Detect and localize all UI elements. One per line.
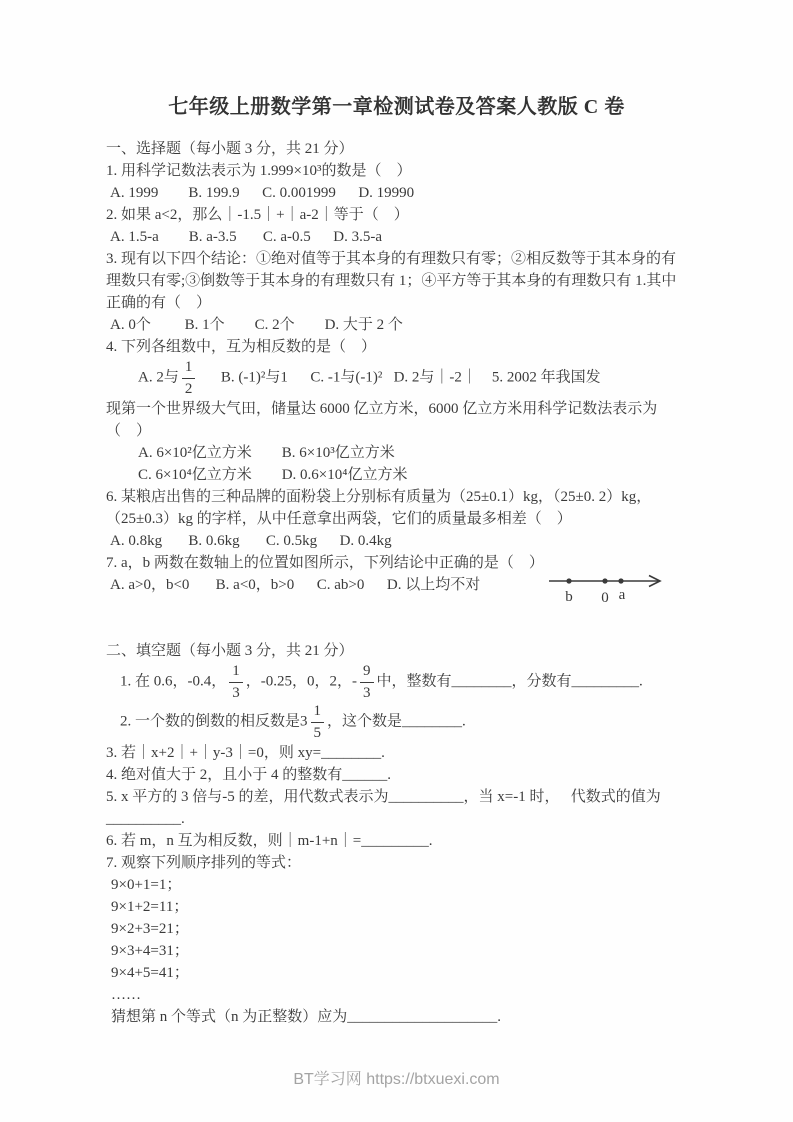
fill-q1-text-2: ，-0.25，0，2，-	[246, 673, 357, 689]
fill-q2: 2. 一个数的倒数的相反数是315，这个数是________.	[106, 702, 683, 742]
fraction-one-half: 12	[182, 359, 196, 397]
fill-q5-line1: 5. x 平方的 3 倍与-5 的差，用代数式表示为__________，当 x…	[106, 786, 683, 808]
fraction-numerator: 9	[360, 663, 374, 683]
fill-q3: 3. 若｜x+2｜+｜y-3｜=0，则 xy=________.	[106, 742, 683, 764]
fill-q6: 6. 若 m，n 互为相反数，则｜m-1+n｜=_________.	[106, 830, 683, 852]
choice-q1-stem: 1. 用科学记数法表示为 1.999×10³的数是（ ）	[106, 160, 683, 182]
equation-ellipsis: ……	[106, 984, 683, 1006]
choice-q5-options-ab: A. 6×10²亿立方米 B. 6×10³亿立方米	[106, 442, 683, 464]
choice-q6-stem: 6. 某粮店出售的三种品牌的面粉袋上分别标有质量为（25±0.1）kg，（25±…	[106, 486, 683, 530]
fill-q1: 1. 在 0.6，-0.4，13，-0.25，0，2，-93中，整数有_____…	[106, 662, 683, 702]
fill-q7-guess: 猜想第 n 个等式（n 为正整数）应为____________________.	[106, 1006, 683, 1028]
choice-q5-stem-continuation: 现第一个世界级大气田，储量达 6000 亿立方米，6000 亿立方米用科学记数法…	[106, 398, 683, 442]
fraction-denominator: 5	[311, 723, 325, 742]
choice-q7-options: A. a>0，b<0 B. a<0，b>0 C. ab>0 D. 以上均不对 b…	[106, 574, 683, 640]
page-title: 七年级上册数学第一章检测试卷及答案人教版 C 卷	[0, 0, 793, 122]
fill-q2-text-2: ，这个数是________.	[327, 713, 466, 729]
fill-q4: 4. 绝对值大于 2，且小于 4 的整数有______.	[106, 764, 683, 786]
choice-q5-options-cd: C. 6×10⁴亿立方米 D. 0.6×10⁴亿立方米	[106, 464, 683, 486]
equation-line: 9×1+2=11；	[106, 896, 683, 918]
choice-q3-options: A. 0个 B. 1个 C. 2个 D. 大于 2 个	[106, 314, 683, 336]
paper-body: 一、选择题（每小题 3 分，共 21 分） 1. 用科学记数法表示为 1.999…	[106, 138, 683, 1028]
number-line-labels: b 0 a	[565, 587, 625, 606]
choice-q2-stem: 2. 如果 a<2，那么｜-1.5｜+｜a-2｜等于（ ）	[106, 204, 683, 226]
fill-q1-text-3: 中，整数有________，分数有_________.	[377, 673, 643, 689]
fraction-numerator: 1	[311, 703, 325, 723]
fraction-one-fifth: 15	[311, 703, 325, 741]
section2-heading: 二、填空题（每小题 3 分，共 21 分）	[106, 640, 683, 662]
equation-line: 9×0+1=1；	[106, 874, 683, 896]
choice-q6-options: A. 0.8kg B. 0.6kg C. 0.5kg D. 0.4kg	[106, 530, 683, 552]
section1-heading: 一、选择题（每小题 3 分，共 21 分）	[106, 138, 683, 160]
test-paper-page: 七年级上册数学第一章检测试卷及答案人教版 C 卷 一、选择题（每小题 3 分，共…	[0, 0, 793, 1122]
label-b: b	[565, 589, 573, 605]
equation-line: 9×3+4=31；	[106, 940, 683, 962]
number-line-figure: b 0 a	[547, 568, 671, 606]
choice-q4-option-a-prefix: A. 2与	[138, 369, 179, 385]
fill-q2-text-1: 2. 一个数的倒数的相反数是3	[120, 713, 308, 729]
fill-q1-text-1: 1. 在 0.6，-0.4，	[120, 673, 226, 689]
equation-line: 9×4+5=41；	[106, 962, 683, 984]
fraction-denominator: 2	[182, 379, 196, 398]
choice-q4-options: A. 2与12 B. (-1)²与1 C. -1与(-1)² D. 2与｜-2｜…	[106, 358, 683, 398]
fraction-denominator: 3	[360, 683, 374, 702]
choice-q1-options: A. 1999 B. 199.9 C. 0.001999 D. 19990	[106, 182, 683, 204]
fraction-one-third: 13	[229, 663, 243, 701]
label-zero: 0	[601, 590, 609, 606]
fill-q5-line2-blank: __________.	[106, 808, 683, 830]
choice-q2-options: A. 1.5-a B. a-3.5 C. a-0.5 D. 3.5-a	[106, 226, 683, 248]
fraction-numerator: 1	[182, 359, 196, 379]
fraction-numerator: 1	[229, 663, 243, 683]
label-a: a	[619, 587, 626, 603]
choice-q4-options-rest: B. (-1)²与1 C. -1与(-1)² D. 2与｜-2｜ 5. 2002…	[198, 369, 600, 385]
fraction-denominator: 3	[229, 683, 243, 702]
choice-q7-options-text: A. a>0，b<0 B. a<0，b>0 C. ab>0 D. 以上均不对	[110, 577, 480, 593]
fraction-nine-thirds: 93	[360, 663, 374, 701]
fill-q7-intro: 7. 观察下列顺序排列的等式：	[106, 852, 683, 874]
choice-q4-stem: 4. 下列各组数中，互为相反数的是（ ）	[106, 336, 683, 358]
footer-watermark: BT学习网 https://btxuexi.com	[0, 1066, 793, 1089]
choice-q3-stem: 3. 现有以下四个结论：①绝对值等于其本身的有理数只有零；②相反数等于其本身的有…	[106, 248, 683, 314]
equation-line: 9×2+3=21；	[106, 918, 683, 940]
